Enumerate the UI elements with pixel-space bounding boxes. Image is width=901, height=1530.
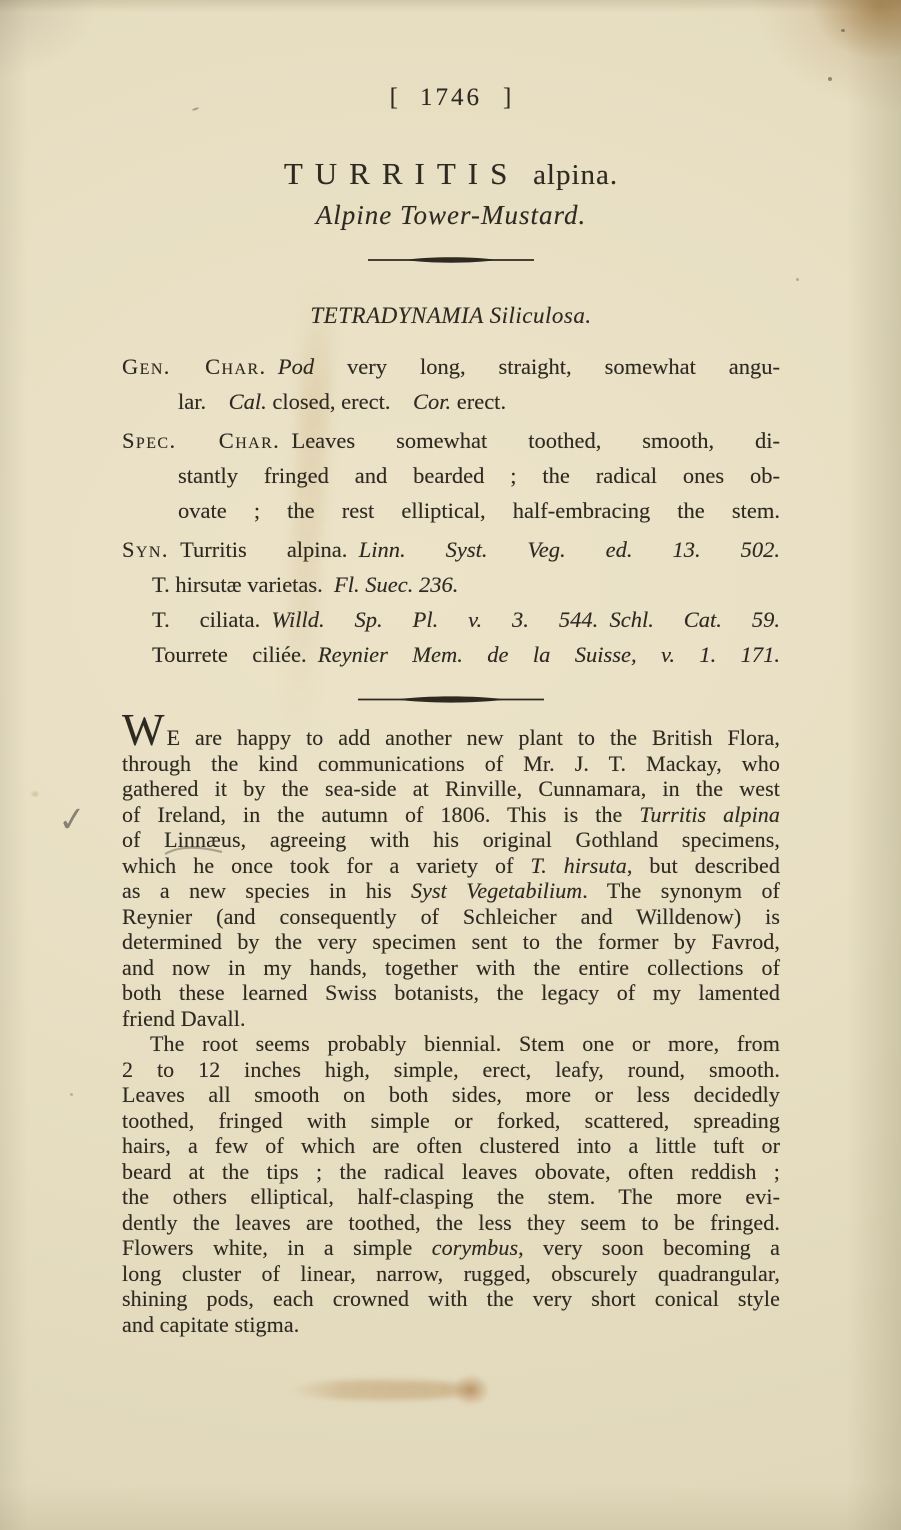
text-line: both these learned Swiss botanists, the … [122, 980, 780, 1006]
text-line: T. hirsutæ varietas. Fl. Suec. 236. [122, 567, 780, 602]
bracket-close: ] [503, 84, 512, 111]
text-line: long cluster of linear, narrow, rugged, … [122, 1261, 780, 1287]
text-line: Leaves all smooth on both sides, more or… [122, 1082, 780, 1108]
page-number: 1746 [420, 84, 482, 111]
species-title: TURRITIS alpina. [122, 156, 780, 192]
text-line: Gen. Char. Pod very long, straight, some… [122, 349, 780, 384]
text-line: shining pods, each crowned with the very… [122, 1286, 780, 1312]
text-line: beard at the tips ; the radical leaves o… [122, 1159, 780, 1185]
text-line: gathered it by the sea-side at Rinville,… [122, 776, 780, 802]
common-name: Alpine Tower-Mustard. [122, 200, 780, 231]
swelled-rule-icon [356, 694, 546, 705]
synonyms-section: Syn. Turritis alpina. Linn. Syst. Veg. e… [122, 532, 780, 672]
margin-pencil-checkmark: ✓ [56, 799, 89, 842]
paper-speck [70, 1093, 73, 1096]
text-line: Flowers white, in a simple corymbus, ver… [122, 1235, 780, 1261]
text-line: stantly fringed and bearded ; the radica… [122, 458, 780, 493]
text-line: toothed, fringed with simple or forked, … [122, 1108, 780, 1134]
text-line: Syn. Turritis alpina. Linn. Syst. Veg. e… [122, 532, 780, 567]
paper-stain-smudge [288, 1380, 478, 1400]
paper-speck [841, 29, 845, 32]
text-line: Reynier (and consequently of Schleicher … [122, 904, 780, 930]
text-line: of Ireland, in the autumn of 1806. This … [122, 802, 780, 828]
taxonomy-heading: TETRADYNAMIA Siliculosa. [122, 303, 780, 329]
text-line: Tourrete ciliée. Reynier Mem. de la Suis… [122, 637, 780, 672]
text-line: WE are happy to add another new plant to… [122, 725, 780, 751]
generic-character-section: Gen. Char. Pod very long, straight, some… [122, 349, 780, 419]
text-line: ovate ; the rest elliptical, half-embrac… [122, 493, 780, 528]
pencil-squiggle-mark [163, 843, 225, 859]
page-header: [1746] [122, 84, 780, 112]
paper-stain-blob [452, 1374, 490, 1406]
text-line: the others elliptical, half-clasping the… [122, 1184, 780, 1210]
divider-rule-top [122, 255, 780, 265]
text-line: lar. Cal. closed, erect. Cor. erect. [122, 384, 780, 419]
body-paragraph-2: The root seems probably biennial. Stem o… [122, 1031, 780, 1337]
text-line: determined by the very specimen sent to … [122, 929, 780, 955]
foxing-spot [30, 790, 40, 798]
genus-name: TURRITIS [284, 156, 520, 191]
body-text: WE are happy to add another new plant to… [122, 725, 780, 1337]
text-line: Spec. Char. Leaves somewhat toothed, smo… [122, 423, 780, 458]
paper-speck [796, 278, 799, 281]
specific-character-section: Spec. Char. Leaves somewhat toothed, smo… [122, 423, 780, 528]
text-line: friend Davall. [122, 1006, 780, 1032]
text-line: dently the leaves are toothed, the less … [122, 1210, 780, 1236]
species-epithet: alpina. [533, 159, 618, 191]
text-line: The root seems probably biennial. Stem o… [122, 1031, 780, 1057]
text-line: through the kind communications of Mr. J… [122, 751, 780, 777]
text-column: [1746] TURRITIS alpina. Alpine Tower-Mus… [122, 0, 780, 1337]
bracket-open: [ [390, 84, 399, 111]
text-line: and capitate stigma. [122, 1312, 780, 1338]
character-sections: Gen. Char. Pod very long, straight, some… [122, 349, 780, 672]
swelled-rule-icon [366, 255, 536, 265]
text-line: as a new species in his Syst Vegetabiliu… [122, 878, 780, 904]
text-line: T. ciliata. Willd. Sp. Pl. v. 3. 544. Sc… [122, 602, 780, 637]
text-line: and now in my hands, together with the e… [122, 955, 780, 981]
divider-rule-bottom [122, 694, 780, 705]
text-line: 2 to 12 inches high, simple, erect, leaf… [122, 1057, 780, 1083]
text-line: hairs, a few of which are often clustere… [122, 1133, 780, 1159]
body-paragraph-1: WE are happy to add another new plant to… [122, 725, 780, 1031]
paper-speck [828, 77, 832, 81]
scanned-book-page: [1746] TURRITIS alpina. Alpine Tower-Mus… [0, 0, 901, 1530]
